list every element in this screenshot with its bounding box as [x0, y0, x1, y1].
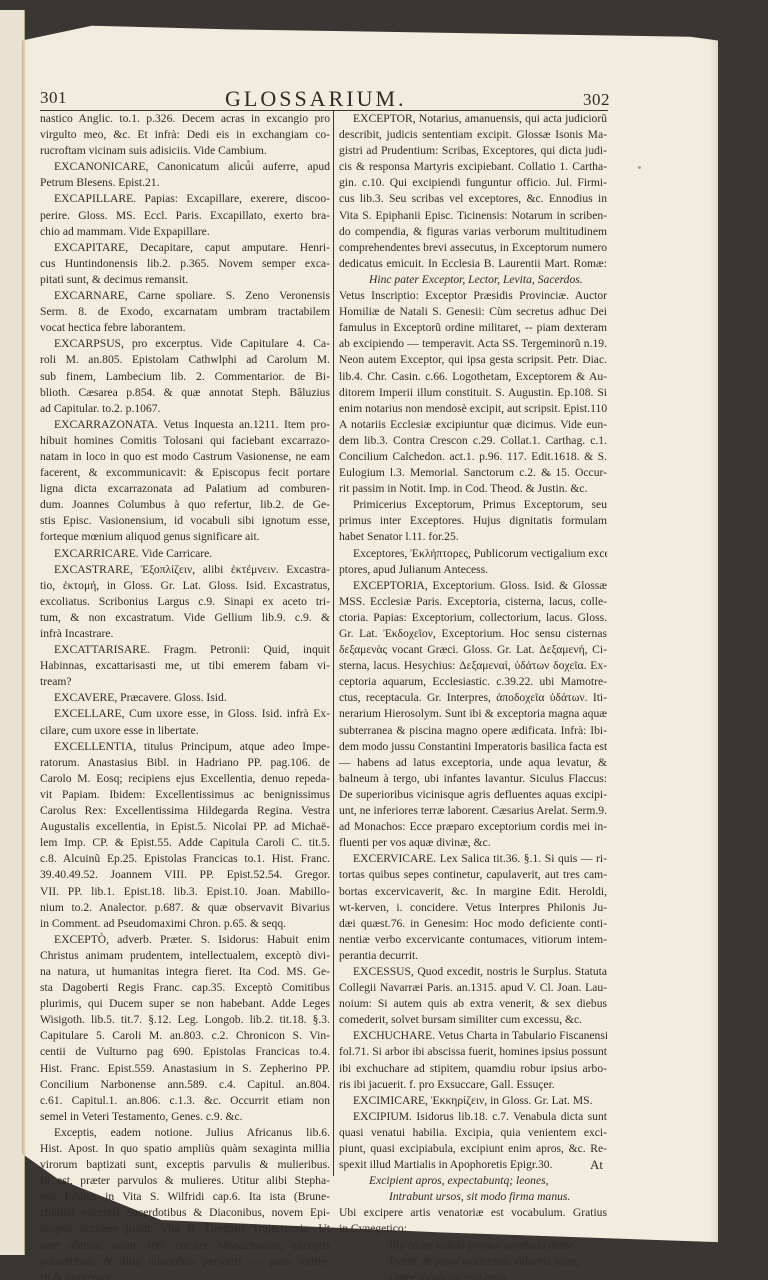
text-line: perantia decurrit. [339, 948, 607, 964]
text-line: Carolus Rex: Excellentissima Hildegarda … [40, 803, 330, 819]
column-divider [333, 111, 334, 1176]
text-line: Ubi excipere artis venatoriæ est vocabul… [339, 1205, 607, 1221]
text-line: in Comment. ad Pseudomaximi Chron. p.65.… [40, 916, 330, 932]
text-line: EXCATTARISARE. Fragm. Petronii: Quid, in… [40, 642, 330, 658]
text-line: ante obitum suum 400. circiter Monachoru… [40, 1238, 330, 1254]
text-line: forteque mœnium aliquod genus significar… [40, 529, 330, 545]
running-title: GLOSSARIUM. [225, 86, 407, 112]
text-line: EXCEPTORIA, Exceptorium. Gloss. Isid. & … [339, 578, 607, 594]
text-line: Primicerius Exceptorum, Primus Exceptoru… [339, 497, 607, 513]
text-line: Christus animam prudentem, intellectuale… [40, 948, 330, 964]
text-line: Exceptis, eadem notione. Julius Africanu… [40, 1125, 330, 1141]
text-line: A notariis Ecclesiæ excipiuntur quæ dici… [339, 417, 607, 433]
ink-speck [638, 166, 641, 169]
text-line: scopos occidere jussit. Vita B. Gregorii… [40, 1221, 330, 1237]
text-line: excoliatus. Scribonius Largus c.9. Sinap… [40, 594, 330, 610]
text-line: nium to.2. Analector. p.687. & quæ obser… [40, 900, 330, 916]
text-line: ratorum. Anastasius Bibl. in Hadriano PP… [40, 755, 330, 771]
text-line: c.8. Alcuinũ Ep.25. Epistolas Francicas … [40, 851, 330, 867]
text-line: lib.4. Chr. Casin. c.66. Logothetam, Exc… [339, 369, 607, 385]
text-line: sta Dagoberti Regis Franc. cap.35. Excep… [40, 980, 330, 996]
text-line: tream? [40, 674, 330, 690]
text-line: fol.71. Si arbor ibi abscissa fuerit, ho… [339, 1044, 607, 1060]
text-line: Homiliæ de Natali S. Genesii: Cùm secret… [339, 304, 607, 320]
text-line: Vita S. Epiphanii Episc. Ticinensis: Not… [339, 208, 607, 224]
text-line: dem modo jussu Constantini Imperatoris b… [339, 739, 607, 755]
text-line: famulus in Exceptorũ ordine militaret, -… [339, 320, 607, 336]
text-line: Id est, præter parvulos & mulieres. Utit… [40, 1173, 330, 1189]
text-line: noium: Si autem quis ab extra venerit, &… [339, 996, 607, 1012]
text-line: dæi quæst.76. in Genesim: Hoc modo defic… [339, 916, 607, 932]
text-line: semel in Veteri Testamento, Genes. c.9. … [40, 1109, 330, 1125]
text-line: De superioribus vicinisque agris defluen… [339, 787, 607, 803]
text-line: Neon autem Exceptor, qui ipsa gesta scri… [339, 352, 607, 368]
text-line: wt-kerven, i. concidere. Vetus Interpres… [339, 900, 607, 916]
text-line: EXCARPSUS, pro excerptus. Vide Capitular… [40, 336, 330, 352]
text-line: ad Capitular. to.2. p.1067. [40, 401, 330, 417]
text-line: Serm. 8. de Exodo, excarnatam umbram tra… [40, 304, 330, 320]
text-line: Vetus Inscriptio: Exceptor Præsidis Prov… [339, 288, 607, 304]
text-line: vit Papiam. Ibidem: Excellentissimus ac … [40, 787, 330, 803]
text-line: EXCEPTÒ, adverb. Præter. S. Isidorus: Ha… [40, 932, 330, 948]
text-line: Hist. Apost. In quo spatio ampliùs quàm … [40, 1141, 330, 1157]
text-line: Habinnas, excattarisasti me, ut tibi eme… [40, 658, 330, 674]
text-line: primus inter Exceptores. Hujus dignitati… [339, 513, 607, 529]
text-line: EXCANONICARE, Canonicatum alicui auferre… [40, 159, 330, 175]
text-line: EXCEPTOR, Notarius, amanuensis, qui acta… [339, 111, 607, 127]
text-line: Induit, & proni moderatus vulneris iram, [339, 1254, 607, 1270]
text-line: ligna dicta excarrazonata ad Palatium ad… [40, 481, 330, 497]
text-line: fluenti per vos aquæ divinæ, &c. [339, 835, 607, 851]
text-line: in Cynegetico: [339, 1221, 607, 1237]
text-line: chio ad mammam. Vide Expapillare. [40, 224, 330, 240]
text-line: ceptoria aquarum, Ecclesiastic. c.39.22.… [339, 674, 607, 690]
text-line: Gr. Lat. Ἐκδοχεῖον, Exceptorium. Hoc sen… [339, 626, 607, 642]
text-line: ibi exchuchare ad stipitem, quamdiu robu… [339, 1061, 607, 1077]
text-line: vocat hectica febre laborantem. [40, 320, 330, 336]
text-line: blioth. Cæsarea p.854. & quæ annotat Ste… [40, 385, 330, 401]
text-line: nerarium Hierosolym. Sunt ibi & exceptor… [339, 706, 607, 722]
text-line: Collegii Navarræi Paris. an.1315. apud V… [339, 980, 607, 996]
text-line: EXCAPITARE, Decapitare, caput amputare. … [40, 240, 330, 256]
text-line: enim notarius non mendosè excipit, aut s… [339, 401, 607, 417]
text-line: stis Episc. Vasionensium, id vocabuli si… [40, 513, 330, 529]
text-line: piunt, quasi excipiabula, excipiunt enim… [339, 1141, 607, 1157]
text-line: virorum baptizati sunt, exceptis parvuli… [40, 1157, 330, 1173]
text-line: Hist. Franc. Epist.559. Anastasium in S.… [40, 1061, 330, 1077]
text-line: Hinc pater Exceptor, Lector, Levita, Sac… [339, 272, 607, 288]
text-line: ad Monachos: Ecce præparo exceptorium co… [339, 819, 607, 835]
text-line: EXCELLARE, Cum uxore esse, in Gloss. Isi… [40, 706, 330, 722]
text-line: ctus, receptacula. Gr. Interpres, ἀποδοχ… [339, 690, 607, 706]
text-line: pitati sunt, & decimus remansit. [40, 272, 330, 288]
text-line: EXCARNARE, Carne spoliare. S. Zeno Veron… [40, 288, 330, 304]
text-line: describit, judicis sententiam excipit. G… [339, 127, 607, 143]
text-line: Augustalis excellentia, in Epist.5. Nico… [40, 819, 330, 835]
text-line: EXCELLENTIA, titulus Principum, atque ad… [40, 739, 330, 755]
text-line: centii de Vulturno pag 690. Epistolas Fr… [40, 1044, 330, 1060]
text-line: Exceptores, Ἐκλήπτορες, Publicorum vecti… [339, 546, 607, 562]
text-line: MSS. Ecclesiæ Paris. Exceptoria, cistern… [339, 594, 607, 610]
text-line: rit passim in Notit. Imp. in Cod. Theod.… [339, 481, 607, 497]
text-line: EXCIMICARE, Ἐκκηρίζειν, in Gloss. Gr. La… [339, 1093, 607, 1109]
text-line: gin. c.10. Qui excipiendi funguntur offi… [339, 175, 607, 191]
text-line: balneum à tergo, ubi infantes lavantur. … [339, 771, 607, 787]
right-column: EXCEPTOR, Notarius, amanuensis, qui acta… [339, 111, 607, 1280]
text-line: infrà Incastrare. [40, 626, 330, 642]
text-line: Wisigoth. lib.5. tit.7. §.12. Leg. Longo… [40, 1012, 330, 1028]
text-line: 39.40.49.52. Joannem VIII. PP. Epist.52.… [40, 867, 330, 883]
catchword: At [590, 1157, 603, 1173]
text-line: nastico Anglic. to.1. p.326. Decem acras… [40, 111, 330, 127]
text-line: Intrabunt ursos, sit modo firma manus. [339, 1189, 607, 1205]
text-line: rit & præceptor. [40, 1270, 330, 1280]
text-line: EXCARRICARE. Vide Carricare. [40, 546, 330, 562]
text-line: EXCESSUS, Quod excedit, nostris le Surpl… [339, 964, 607, 980]
text-line: facerent, & excommunicavit: & Episcopus … [40, 465, 330, 481]
text-line: na natura, ut humanitas integra fieret. … [40, 964, 330, 980]
text-line: dum. Joannes Columbus à quo refertur, li… [40, 497, 330, 513]
left-column: nastico Anglic. to.1. p.326. Decem acras… [40, 111, 330, 1280]
text-line: pulsantibus, & aliis minoribus personis … [40, 1254, 330, 1270]
text-line: dedicatus emicuit. In Ecclesia B. Lauren… [339, 256, 607, 272]
text-line: EXCIPIUM. Isidorus lib.18. c.7. Venabula… [339, 1109, 607, 1125]
facing-page-edge [0, 10, 25, 1255]
text-line: Eulogium l.3. Memorial. Sanctorum c.2. &… [339, 465, 607, 481]
text-line: natam in loco in quo est modo Castrum Va… [40, 449, 330, 465]
text-line: EXCARRAZONATA. Vetus Inquesta an.1211. I… [40, 417, 330, 433]
text-line: ctoria. Papias: Exceptorium, collectoriu… [339, 610, 607, 626]
text-line: — habens ad latus exceptoria, unde aqua … [339, 755, 607, 771]
text-line: hibuit homines Comitis Tolosani qui faci… [40, 433, 330, 449]
text-line: Concilium Narbonense ann.589. c.4. Capit… [40, 1077, 330, 1093]
text-line: EXCHUCHARE. Vetus Charta in Tabulario Fi… [339, 1028, 607, 1044]
text-line: Petrum Blesens. Epist.21. [40, 175, 330, 191]
text-line: gistri ad Prudentium: Scribas, Exceptore… [339, 143, 607, 159]
text-line: roli M. an.805. Epistolam Cathwlphi ad C… [40, 352, 330, 368]
text-line: EXCERVICARE. Lex Salica tit.36. §.1. Si … [339, 851, 607, 867]
text-line: tum, & non excastratum. Vide Gellium lib… [40, 610, 330, 626]
text-line: spexit illud Martialis in Apophoretis Ep… [339, 1157, 607, 1173]
text-line: quasi venatui habilia. Excipia, quia ven… [339, 1125, 607, 1141]
text-line: sub finem, Lambecium lib. 2. Commentario… [40, 369, 330, 385]
text-line: ab excipiendo — temperavit. Acta SS. Ter… [339, 336, 607, 352]
text-line: Capitulare 5. Caroli M. an.803. c.2. Chr… [40, 1028, 330, 1044]
ink-speck [247, 160, 250, 163]
text-line: Excipient apros, expectabuntq; leones, [339, 1173, 607, 1189]
text-line: EXCAVERE, Præcavere. Gloss. Isid. [40, 690, 330, 706]
page-header: 301 GLOSSARIUM. 302 [40, 86, 610, 112]
text-line: dem lib.3. Contra Crescon c.29. Collat.1… [339, 433, 607, 449]
text-line: EXCASTRARE, Ἐξοπλίζειν, alibi ἐκτέμνειν.… [40, 562, 330, 578]
text-line: tio, ἐκτομή, in Gloss. Gr. Lat. Gloss. I… [40, 578, 330, 594]
text-line: comederit, solvet bursam similiter cum e… [339, 1012, 607, 1028]
text-line: nus Eddius in Vita S. Wilfridi cap.6. It… [40, 1189, 330, 1205]
text-line: ptores, apud Julianum Antecess. [339, 562, 607, 578]
text-line: perire. Gloss. MS. Eccl. Paris. Excapill… [40, 208, 330, 224]
text-line: comprehendentes brevi assecutus, in Exce… [339, 240, 607, 256]
text-line: cilare, cum uxore esse in libertate. [40, 723, 330, 739]
text-line: EXCAPILLARE. Papias: Excapillare, exerer… [40, 191, 330, 207]
text-line: plurimis, qui Ducem super se non habeban… [40, 996, 330, 1012]
right-page-number: 302 [583, 90, 610, 110]
text-line: c.61. Capitul.1. an.806. c.1.3. &c. Occu… [40, 1093, 330, 1109]
text-line: childis) exceptis Sacerdotibus & Diaconi… [40, 1205, 330, 1221]
text-line: tortas quibus sepes continetur, capulave… [339, 867, 607, 883]
text-line: virgulto meo, &c. Et infrà: Dedi eis in … [40, 127, 330, 143]
text-line: ris ibi jacuerit. f. pro Exsuccare, Gall… [339, 1077, 607, 1093]
text-line: bortas excervicaverit, &c. In margine Ed… [339, 884, 607, 900]
text-line: do compendia, & figuras varias verborum … [339, 224, 607, 240]
left-page-number: 301 [40, 88, 67, 108]
text-line: cis & responsa Martyris excipiebant. Col… [339, 159, 607, 175]
text-line: cus Huntindonensis lib.2. p.365. Novem s… [40, 256, 330, 272]
text-line: lem Imp. CP. & Epist.55. Adde Capitula C… [40, 835, 330, 851]
text-line: unt, ne inferiores terræ laborent. Cæsar… [339, 803, 607, 819]
text-line: habet Senator l.11. for.25. [339, 529, 607, 545]
text-line: Carolo M. Eosq; recipiens ejus Excellent… [40, 771, 330, 787]
text-line: ditorem Imperii illum constituit. S. Aug… [339, 385, 607, 401]
text-line: nentiæ verbo excervicante contumaces, vi… [339, 932, 607, 948]
text-line: sterna, lacus. Hesychius: Δεξαμεναὶ, ὑδά… [339, 658, 607, 674]
ink-speck [548, 473, 551, 476]
text-line: δεξαμενὰς vocant Græci. Gloss. Gr. Lat. … [339, 642, 607, 658]
text-line: Ille etiam valido primus venabula dente [339, 1238, 607, 1254]
text-line: cus lib.3. Seu scribas vel exceptores, &… [339, 191, 607, 207]
text-line: subterranea & piscina magno opere ædific… [339, 723, 607, 739]
text-line: Omne moris excepit onus. [339, 1270, 607, 1280]
text-line: VII. PP. lib.1. Epist.18. lib.3. Epist.1… [40, 884, 330, 900]
text-line: Concilium Calchedon. act.1. p.96. 117. E… [339, 449, 607, 465]
text-line: rucroftam vicinam suis adisiciis. Vide C… [40, 143, 330, 159]
